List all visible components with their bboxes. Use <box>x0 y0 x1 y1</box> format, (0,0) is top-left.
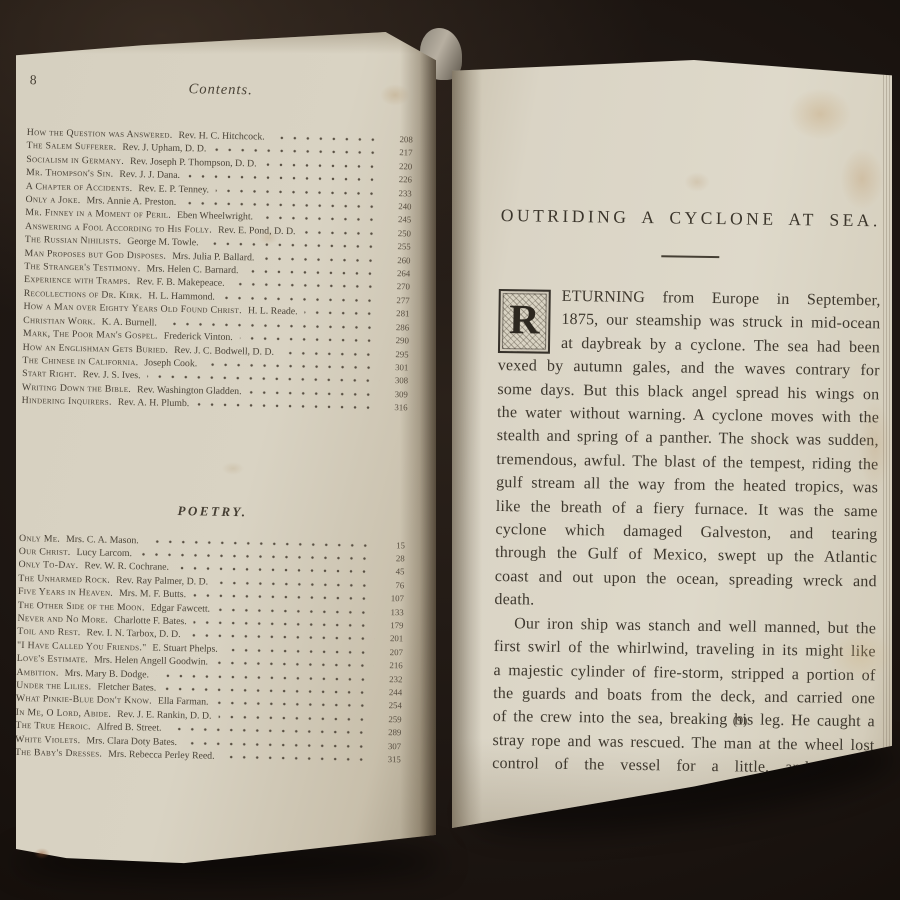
entry-title: Start Right. <box>22 367 77 381</box>
poetry-heading: POETRY. <box>19 499 405 522</box>
dot-leader <box>222 296 381 303</box>
dot-leader <box>139 552 376 561</box>
entry-author: Rev. Ray Palmer, D. D. <box>116 575 208 589</box>
dot-leader <box>206 242 382 249</box>
entry-page-number: 244 <box>378 686 402 699</box>
entry-author: Rev. J. S. Ives. <box>83 368 141 383</box>
book-photo-scene: 8 Contents. How the Question was Answere… <box>0 0 900 900</box>
left-page-header: 8 Contents. <box>27 72 414 109</box>
dot-leader <box>183 201 382 209</box>
dot-leader <box>184 741 372 749</box>
entry-author: Rev. J. E. Rankin, D. D. <box>117 709 212 723</box>
dot-leader <box>146 539 376 547</box>
entry-title: What Pinkie-Blue Don't Know. <box>16 693 152 708</box>
entry-author: Mrs. C. A. Mason. <box>66 533 139 547</box>
entry-author: Rev. A. H. Plumb. <box>118 396 190 411</box>
dot-leader <box>194 620 375 627</box>
chapter-title: OUTRIDING A CYCLONE AT SEA. <box>500 205 882 231</box>
entry-title: Under the Lilies. <box>16 680 92 694</box>
dot-leader <box>215 580 375 587</box>
dot-leader <box>215 701 372 708</box>
dot-leader <box>232 282 381 289</box>
entry-title: Ambition. <box>16 667 58 680</box>
entry-title: The Unharmed Rock. <box>18 573 110 587</box>
dot-leader <box>302 230 382 236</box>
entry-title: The Baby's Dresses. <box>15 747 103 761</box>
entry-title: Toil and Rest. <box>17 626 81 640</box>
entry-author: Mrs. Helen Angell Goodwin. <box>94 655 208 670</box>
entry-page-number: 307 <box>377 739 401 752</box>
title-rule <box>661 255 719 258</box>
dot-leader <box>260 216 382 222</box>
entry-author: Frederick Vinton. <box>164 330 233 345</box>
right-page-content: OUTRIDING A CYCLONE AT SEA. RETURNING fr… <box>443 59 894 833</box>
entry-author: Rev. E. P. Tenney. <box>138 182 209 197</box>
dot-leader <box>217 607 375 614</box>
entry-author: Rev. W. R. Cochrane. <box>84 561 169 575</box>
entry-page-number: 315 <box>377 753 401 766</box>
dot-leader <box>215 661 374 668</box>
body-paragraph: Our iron ship was stanch and well manned… <box>492 612 876 781</box>
dot-leader <box>187 174 383 182</box>
entry-title: Our Christ. <box>19 546 71 559</box>
entry-title: Love's Estimate. <box>17 653 89 667</box>
dot-leader <box>196 402 378 410</box>
entry-author: K. A. Burnell. <box>102 315 157 329</box>
dot-leader <box>225 648 374 655</box>
dot-leader <box>216 188 383 195</box>
paragraph-text: ETURNING from Europe in September, 1875,… <box>494 288 880 609</box>
entry-title: Hindering Inquirers. <box>22 394 112 409</box>
entry-author: Mrs. Mary B. Dodge. <box>65 667 150 681</box>
entry-author: Charlotte F. Bates. <box>114 615 187 629</box>
entry-author: Ella Farman. <box>158 696 209 709</box>
dot-leader <box>204 362 379 369</box>
dot-leader <box>222 755 372 762</box>
left-gutter-shadow <box>400 32 436 864</box>
dot-leader <box>156 673 374 681</box>
entry-title: The True Heroic. <box>15 720 91 734</box>
entry-author: Eben Wheelwright. <box>177 209 253 224</box>
entry-page-number: 289 <box>377 726 401 739</box>
entry-title: Only a Joke. <box>25 193 80 207</box>
dot-leader <box>264 162 384 168</box>
entry-page-number: 259 <box>378 713 402 726</box>
entry-author: Joseph Cook. <box>144 356 197 370</box>
decorated-initial: R <box>498 289 551 354</box>
entry-author: George M. Towle. <box>127 235 199 250</box>
dot-leader <box>249 390 379 397</box>
poetry-list: Only Me. Mrs. C. A. Mason. 15 Our Christ… <box>15 531 405 766</box>
entry-author: Rev. I. N. Tarbox, D. D. <box>86 628 180 642</box>
entry-author: Mrs. M. F. Butts. <box>119 588 186 602</box>
body-paragraph: RETURNING from Europe in September, 1875… <box>494 284 881 617</box>
dot-leader <box>240 336 380 343</box>
entry-author: H. L. Reade. <box>248 305 298 319</box>
entry-title: Never and No More. <box>17 613 108 627</box>
entry-author: Mrs. Rebecca Perley Reed. <box>108 749 215 763</box>
entry-author: Lucy Larcom. <box>76 547 132 560</box>
dot-leader <box>176 566 376 574</box>
entry-title: Five Years in Heaven. <box>18 586 113 600</box>
dot-leader <box>281 350 380 356</box>
dot-leader <box>261 256 381 262</box>
entry-title: In Me, O Lord, Abide. <box>16 707 112 721</box>
dot-leader <box>218 715 372 722</box>
dot-leader <box>164 321 380 329</box>
left-page-content: 8 Contents. How the Question was Answere… <box>1 32 437 872</box>
entry-author: Rev. J. J. Dana. <box>119 168 180 183</box>
entry-title: Only To-Day. <box>18 559 78 573</box>
entry-author: H. L. Hammond. <box>148 289 215 304</box>
entry-title: Only Me. <box>19 532 60 545</box>
right-page: OUTRIDING A CYCLONE AT SEA. RETURNING fr… <box>452 60 892 828</box>
entry-author: Mrs. Clara Doty Bates. <box>86 735 177 749</box>
entry-page-number: 254 <box>378 699 402 712</box>
dot-leader <box>148 375 380 383</box>
dot-leader <box>188 634 375 642</box>
dot-leader <box>168 727 372 735</box>
entry-author: Fletcher Bates. <box>97 681 156 695</box>
entry-title: Christian Work. <box>23 314 96 329</box>
right-page-number: (9) <box>733 713 748 728</box>
entry-author: Alfred B. Street. <box>97 722 162 736</box>
entry-author: E. Stuart Phelps. <box>152 642 218 656</box>
contents-list: How the Question was Answered. Rev. H. C… <box>22 126 413 415</box>
contents-heading: Contents. <box>28 78 414 102</box>
entry-author: Edgar Fawcett. <box>151 602 211 616</box>
entry-page-number: 232 <box>378 672 402 685</box>
entry-title: "I Have Called You Friends." <box>17 640 147 655</box>
dot-leader <box>193 593 375 600</box>
entry-title: White Violets. <box>15 734 81 748</box>
entry-title: The Other Side of the Moon. <box>18 600 145 615</box>
entry-author: Rev. E. Pond, D. D. <box>218 224 296 239</box>
left-page: 8 Contents. How the Question was Answere… <box>16 32 436 864</box>
dot-leader <box>213 148 383 155</box>
dot-leader <box>245 269 381 276</box>
dot-leader <box>272 136 384 142</box>
dot-leader <box>305 311 381 316</box>
dot-leader <box>163 687 373 695</box>
